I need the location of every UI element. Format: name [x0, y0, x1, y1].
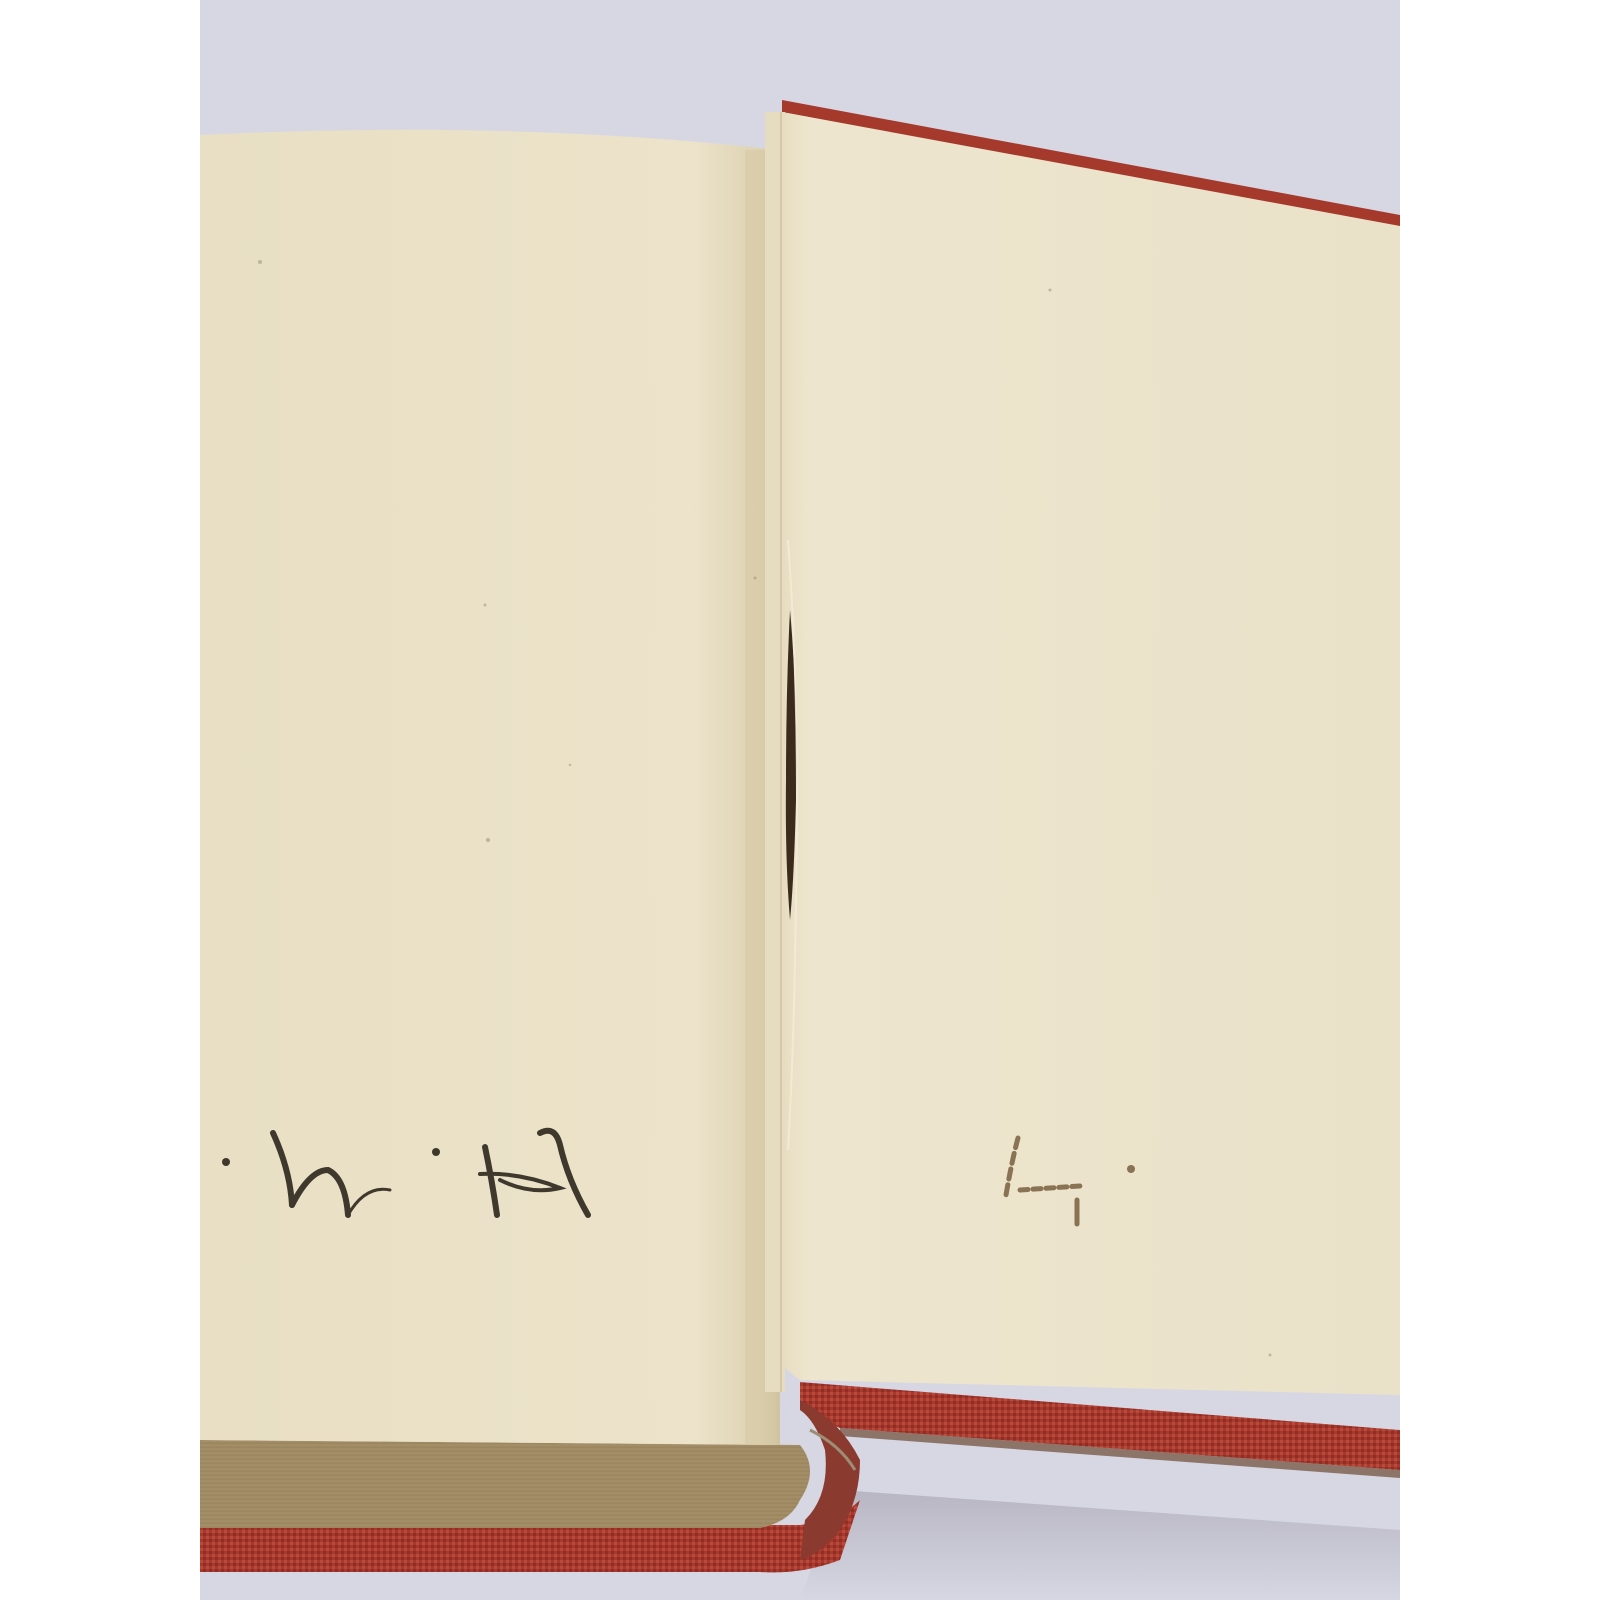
- shadow-under-board: [800, 1490, 1400, 1600]
- right-page: [770, 112, 1400, 1395]
- text-block-edge: [200, 1440, 810, 1528]
- cover-board-right-bottom-edge: [800, 1382, 1400, 1470]
- book-illustration: [200, 0, 1400, 1600]
- book-photo: [200, 0, 1400, 1600]
- left-page: [200, 130, 780, 1445]
